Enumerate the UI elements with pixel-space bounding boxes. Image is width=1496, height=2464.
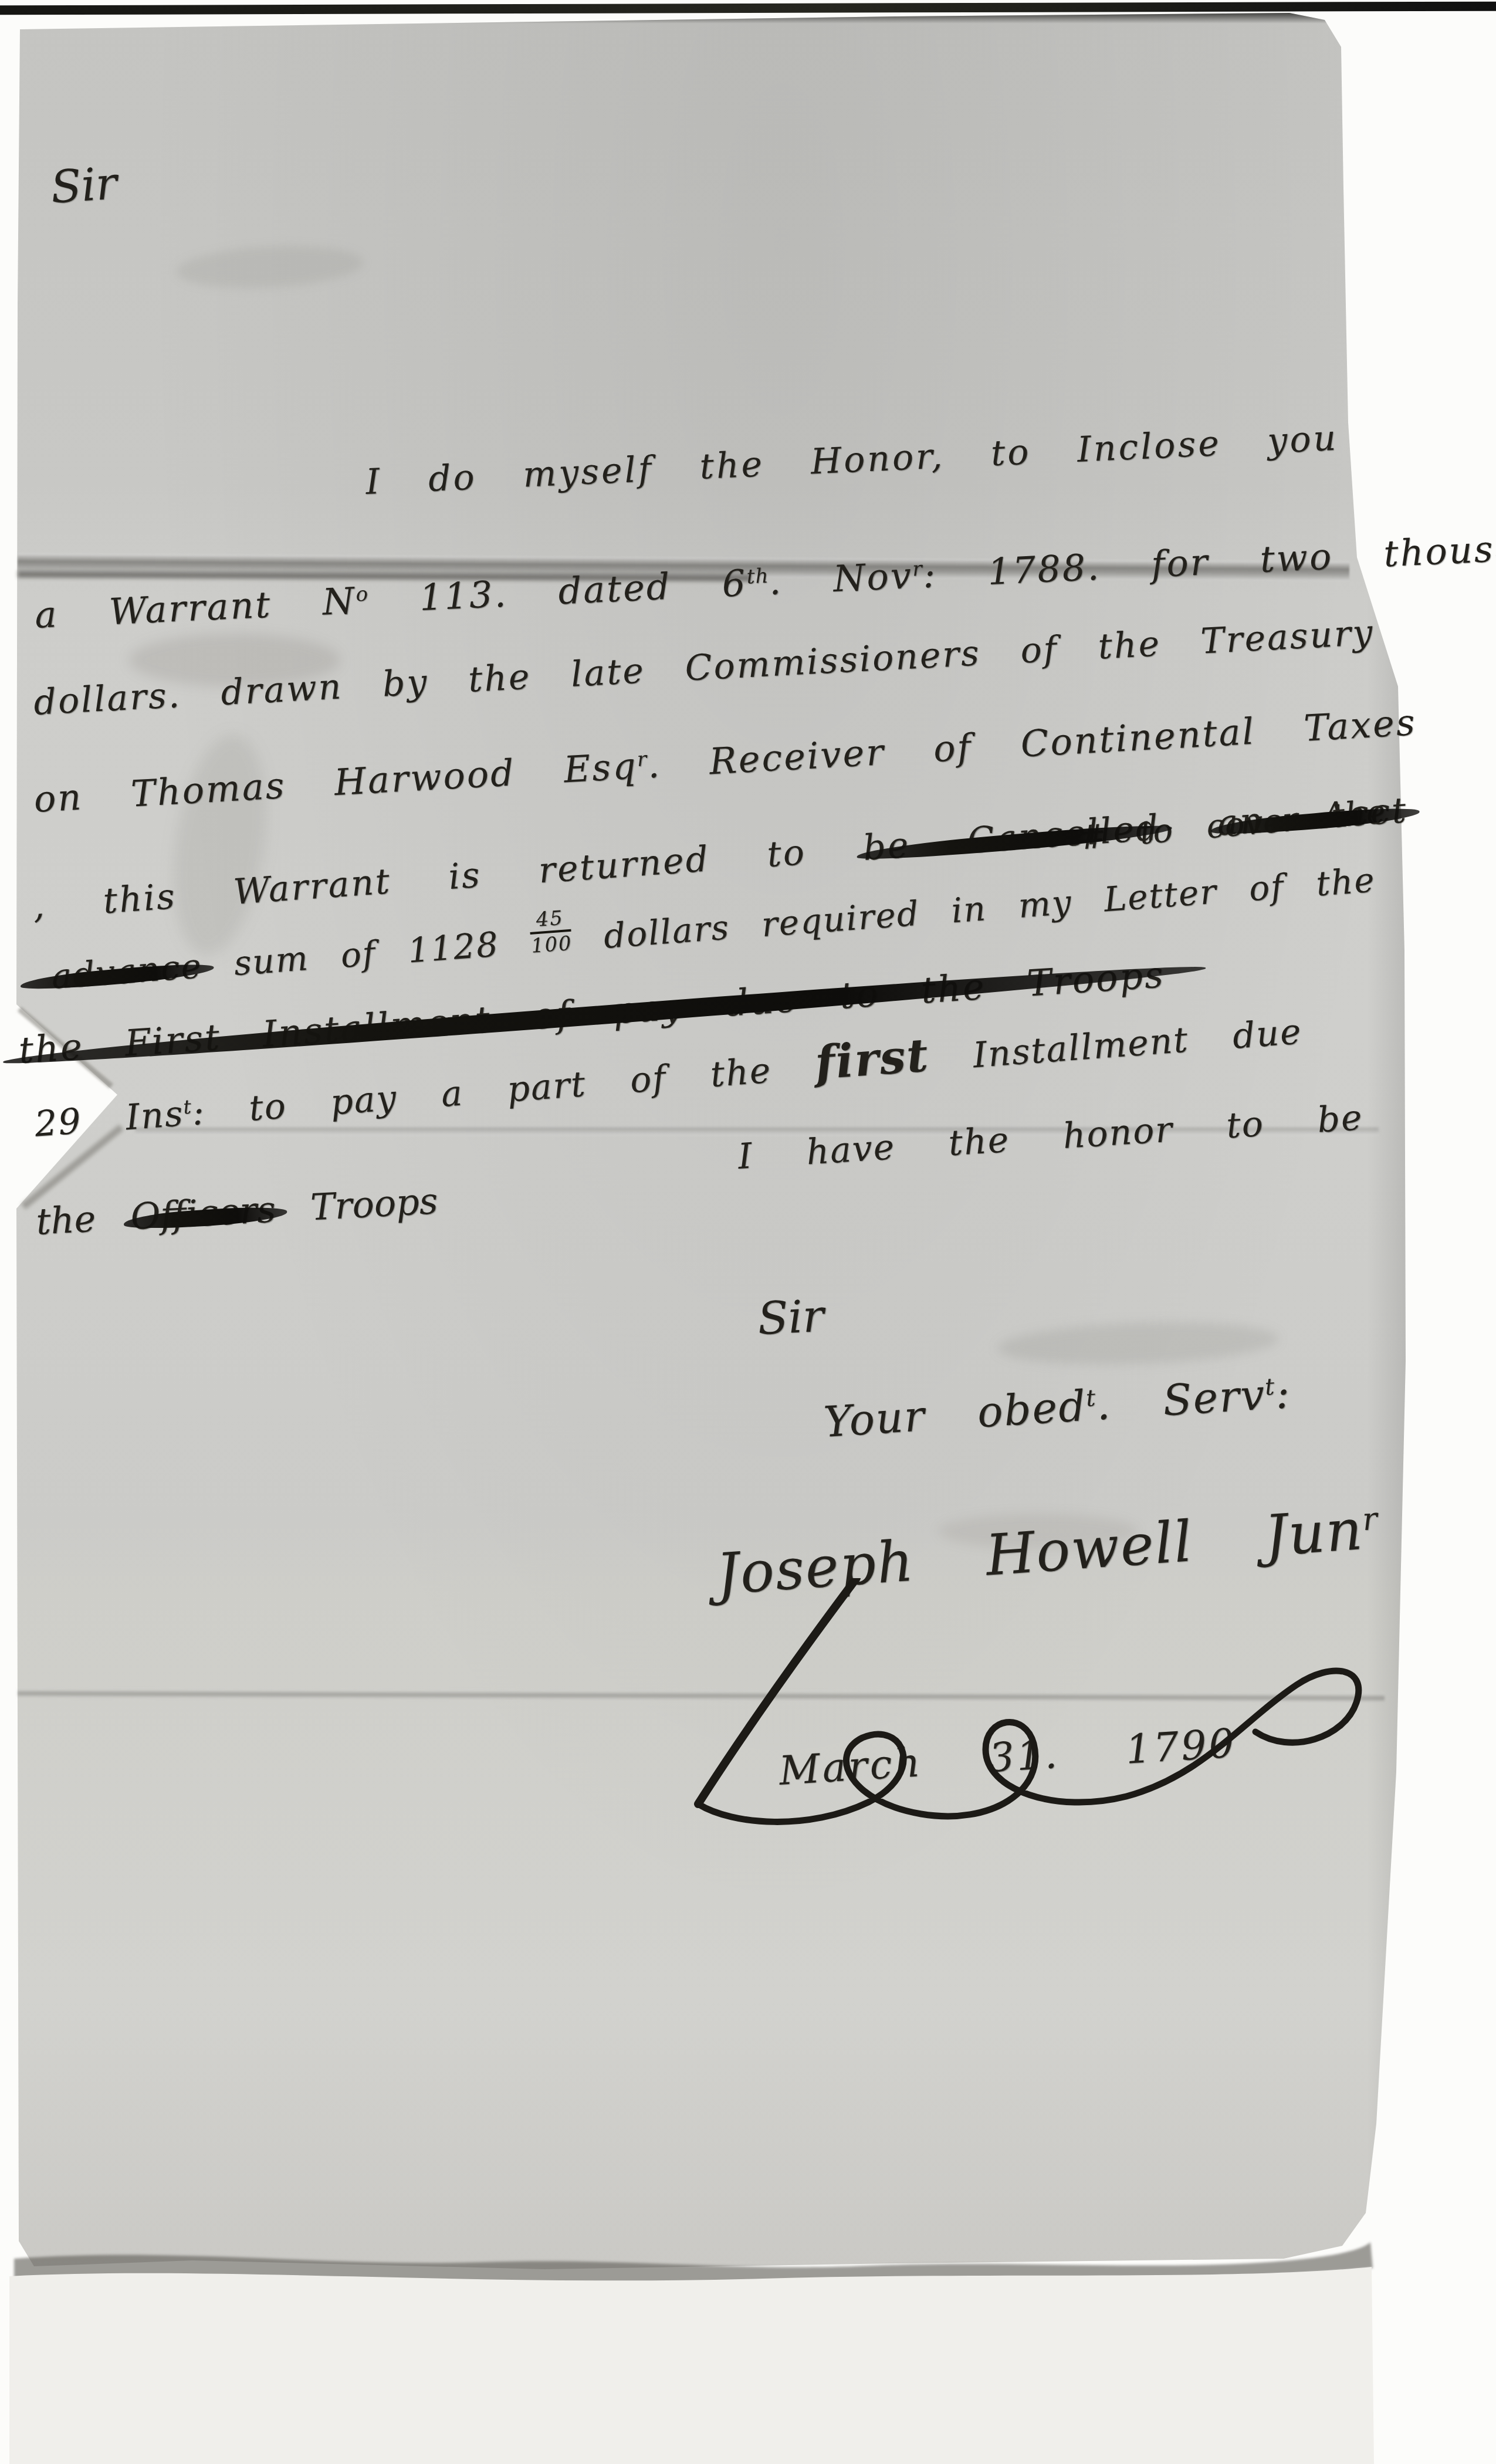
scanner-edge-line <box>0 2 1496 15</box>
closing-sir: Sir <box>757 1294 825 1341</box>
scanned-letter: Sir I do myself the Honor, to Inclose yo… <box>0 0 1496 2464</box>
under-sheet <box>0 2233 1496 2464</box>
signature-flourish <box>657 1578 1396 1830</box>
under-sheet-paper <box>9 2267 1374 2464</box>
salutation: Sir <box>49 161 119 210</box>
